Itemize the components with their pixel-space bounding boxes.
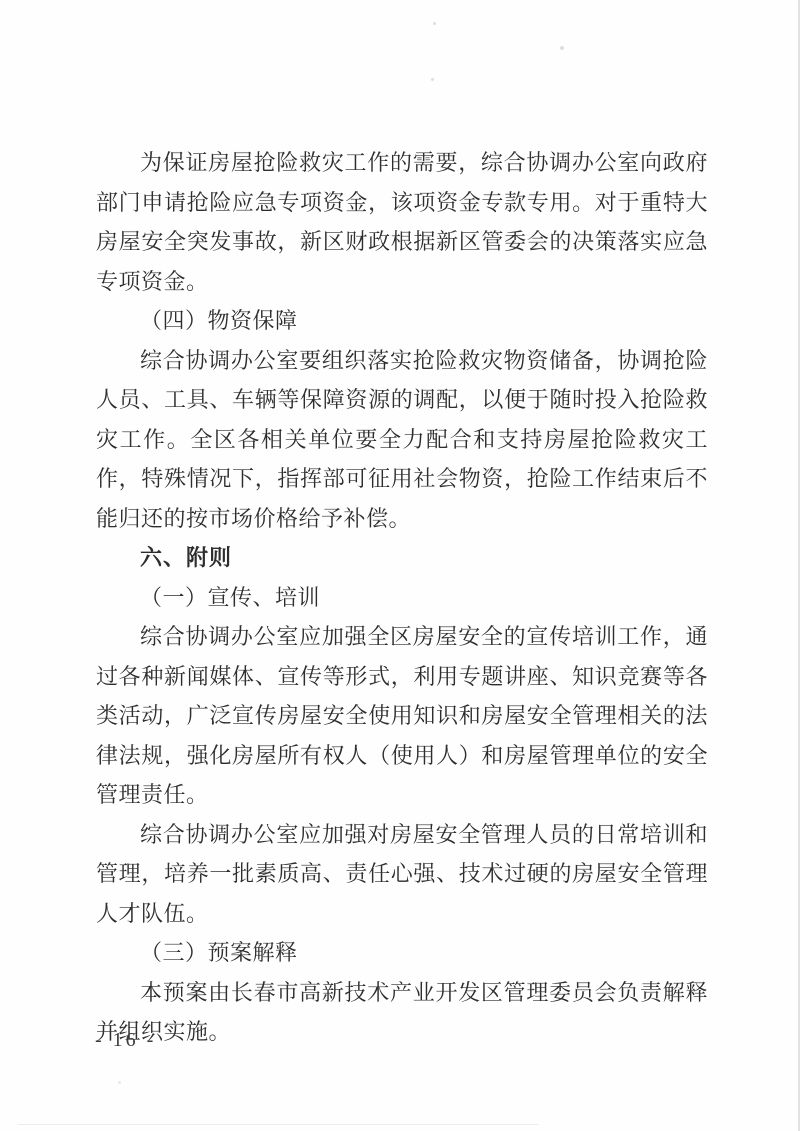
scanned-document-page: 为保证房屋抢险救灾工作的需要，综合协调办公室向政府部门申请抢险应急专项资金，该项… [0, 0, 800, 1131]
paragraph-emergency-funds: 为保证房屋抢险救灾工作的需要，综合协调办公室向政府部门申请抢险应急专项资金，该项… [96, 143, 708, 301]
heading-section-six-supplementary: 六、附则 [96, 538, 708, 578]
scan-speck [433, 22, 436, 25]
paragraph-training: 综合协调办公室应加强对房屋安全管理人员的日常培训和管理，培养一批素质高、责任心强… [96, 815, 708, 934]
paragraph-material-support: 综合协调办公室要组织落实抢险救灾物资储备，协调抢险人员、工具、车辆等保障资源的调… [96, 341, 708, 539]
scan-speck [118, 1081, 121, 1084]
paragraph-publicity: 综合协调办公室应加强全区房屋安全的宣传培训工作，通过各种新闻媒体、宣传等形式，利… [96, 617, 708, 815]
heading-plan-interpretation: （三）预案解释 [96, 933, 708, 973]
heading-publicity-training: （一）宣传、培训 [96, 578, 708, 618]
scan-edge-line-bottom [18, 1124, 538, 1125]
document-body: 为保证房屋抢险救灾工作的需要，综合协调办公室向政府部门申请抢险应急专项资金，该项… [96, 143, 708, 1052]
page-number: - 16 - [95, 1029, 156, 1052]
scan-speck [560, 46, 564, 50]
heading-material-support: （四）物资保障 [96, 301, 708, 341]
paragraph-plan-interpretation: 本预案由长春市高新技术产业开发区管理委员会负责解释并组织实施。 [96, 973, 708, 1052]
scan-speck [431, 78, 434, 81]
